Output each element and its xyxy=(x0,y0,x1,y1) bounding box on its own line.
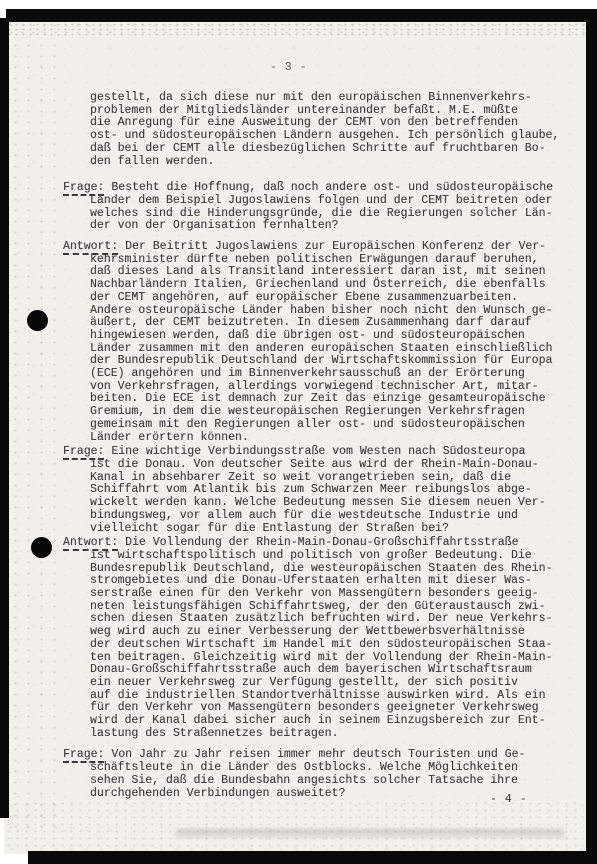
paragraph-text: gestellt, da sich diese nur mit den euro… xyxy=(90,91,559,168)
scan-noise-bottom xyxy=(4,800,584,852)
question-text: Besteht die Hoffnung, daß noch andere os… xyxy=(90,181,553,232)
scan-border-right xyxy=(586,11,597,864)
answer-block-1: Antwort: Der Beitritt Jugoslawiens zur E… xyxy=(63,241,568,444)
answer-text: Die Vollendung der Rhein-Main-Donau-Groß… xyxy=(90,536,552,740)
scan-border-bottom xyxy=(28,851,597,864)
hole-punch-bottom xyxy=(31,537,52,558)
scan-smudge xyxy=(175,829,565,839)
answer-text: Der Beitritt Jugoslawiens zur Europäisch… xyxy=(90,240,552,444)
question-block-1: Frage: Besteht die Hoffnung, daß noch an… xyxy=(63,182,568,233)
scan-border-left xyxy=(0,18,9,818)
answer-block-2: Antwort: Die Vollendung der Rhein-Main-D… xyxy=(63,537,568,740)
scan-noise-top xyxy=(6,22,586,38)
scanned-document-page: { "page": { "page_number_top": "- 3 -", … xyxy=(0,0,597,864)
document-body: gestellt, da sich diese nur mit den euro… xyxy=(63,92,568,800)
question-text: Eine wichtige Verbindungsstraße vom West… xyxy=(90,445,545,534)
question-block-2: Frage: Eine wichtige Verbindungsstraße v… xyxy=(63,446,568,535)
question-text: Von Jahr zu Jahr reisen immer mehr deuts… xyxy=(90,748,525,799)
hole-punch-top xyxy=(27,310,48,331)
paragraph-continuation: gestellt, da sich diese nur mit den euro… xyxy=(63,92,568,168)
scan-border-top xyxy=(6,9,597,22)
page-number-top: - 3 - xyxy=(270,61,307,74)
scan-noise-left xyxy=(9,40,59,830)
question-block-3: Frage: Von Jahr zu Jahr reisen immer meh… xyxy=(63,749,568,800)
